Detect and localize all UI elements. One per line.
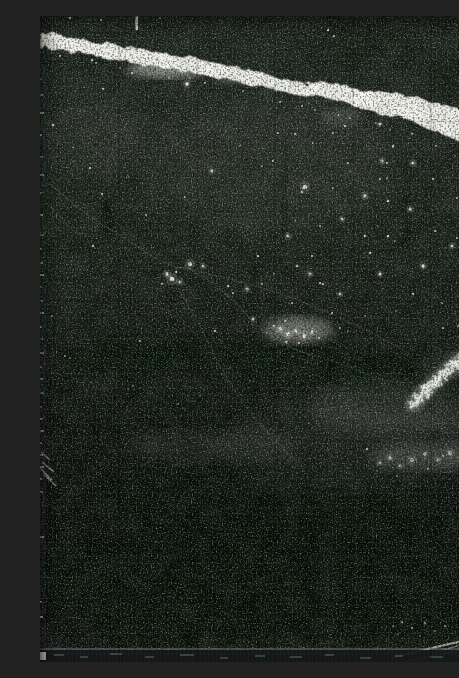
strip-dash	[325, 654, 334, 656]
bottom-scan-strip	[40, 648, 459, 662]
strip-dash	[255, 655, 265, 657]
film-grain-overlay	[40, 16, 459, 662]
strip-dash	[220, 657, 228, 659]
strip-dash	[54, 654, 64, 656]
corner-speck	[40, 652, 46, 660]
photo-scene	[40, 16, 459, 662]
grain-dark	[40, 16, 459, 662]
strip-dash	[180, 654, 194, 656]
strip-dash	[395, 655, 403, 657]
strip-dash	[110, 653, 122, 655]
strip-dash	[290, 656, 302, 658]
strip-dash	[80, 656, 88, 658]
strip-hairline	[40, 648, 459, 650]
strip-dash	[430, 656, 443, 658]
strip-dash	[145, 656, 154, 658]
strip-dash	[360, 657, 371, 659]
scanned-night-photo	[40, 16, 459, 662]
